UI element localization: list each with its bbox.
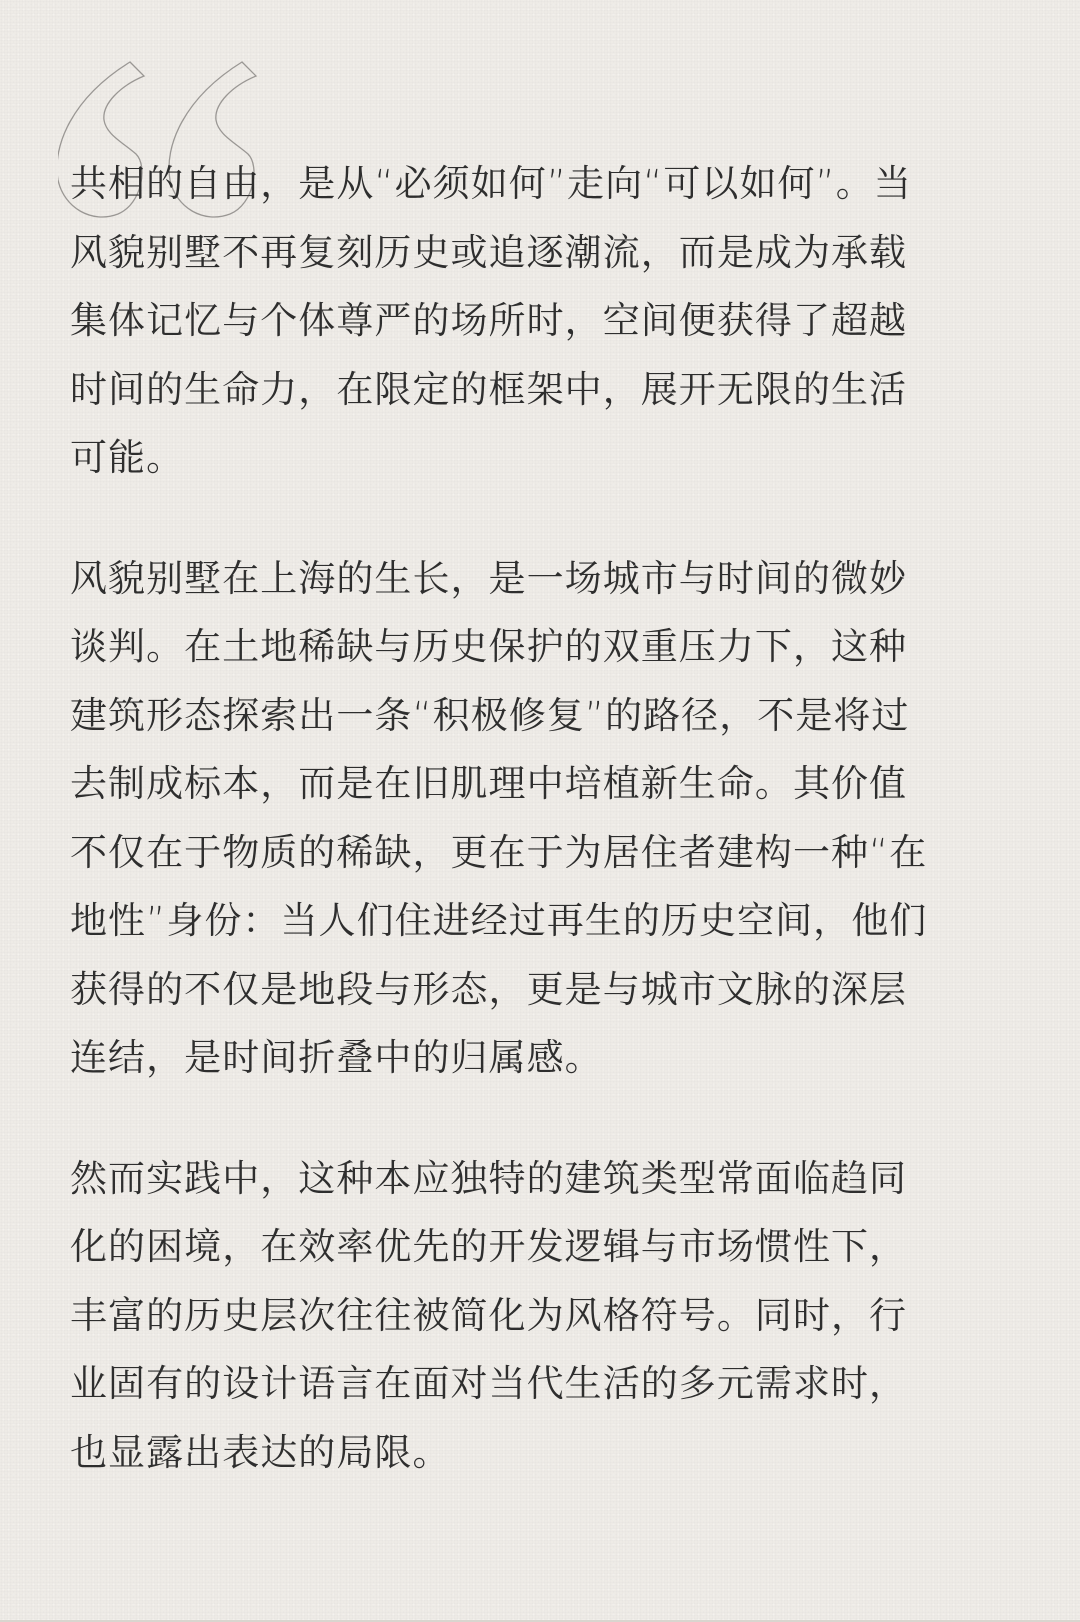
text-line: 共相的自由，是从“必须如何”走向“可以如何”。当 bbox=[70, 150, 980, 219]
article-body: 共相的自由，是从“必须如何”走向“可以如何”。当 风貌别墅不再复刻历史或追逐潮流… bbox=[70, 150, 980, 1487]
text-line: 获得的不仅是地段与形态，更是与城市文脉的深层 bbox=[70, 956, 980, 1025]
text-line: 化的困境，在效率优先的开发逻辑与市场惯性下， bbox=[70, 1213, 980, 1282]
paragraph-3: 然而实践中，这种本应独特的建筑类型常面临趋同 化的困境，在效率优先的开发逻辑与市… bbox=[70, 1145, 980, 1488]
text-line: 风貌别墅不再复刻历史或追逐潮流，而是成为承载 bbox=[70, 219, 980, 288]
text-line: 业固有的设计语言在面对当代生活的多元需求时， bbox=[70, 1350, 980, 1419]
paragraph-1: 共相的自由，是从“必须如何”走向“可以如何”。当 风貌别墅不再复刻历史或追逐潮流… bbox=[70, 150, 980, 493]
text-line: 去制成标本，而是在旧肌理中培植新生命。其价值 bbox=[70, 750, 980, 819]
text-line: 集体记忆与个体尊严的场所时，空间便获得了超越 bbox=[70, 287, 980, 356]
text-line: 连结，是时间折叠中的归属感。 bbox=[70, 1024, 980, 1093]
text-line: 然而实践中，这种本应独特的建筑类型常面临趋同 bbox=[70, 1145, 980, 1214]
text-line: 也显露出表达的局限。 bbox=[70, 1419, 980, 1488]
text-line: 地性”身份：当人们住进经过再生的历史空间，他们 bbox=[70, 887, 980, 956]
article-page: 共相的自由，是从“必须如何”走向“可以如何”。当 风貌别墅不再复刻历史或追逐潮流… bbox=[0, 0, 1080, 1622]
text-line: 风貌别墅在上海的生长，是一场城市与时间的微妙 bbox=[70, 545, 980, 614]
text-line: 建筑形态探索出一条“积极修复”的路径，不是将过 bbox=[70, 682, 980, 751]
text-line: 可能。 bbox=[70, 424, 980, 493]
text-line: 时间的生命力，在限定的框架中，展开无限的生活 bbox=[70, 356, 980, 425]
text-line: 谈判。在土地稀缺与历史保护的双重压力下，这种 bbox=[70, 613, 980, 682]
paragraph-2: 风貌别墅在上海的生长，是一场城市与时间的微妙 谈判。在土地稀缺与历史保护的双重压… bbox=[70, 545, 980, 1093]
text-line: 不仅在于物质的稀缺，更在于为居住者建构一种“在 bbox=[70, 819, 980, 888]
text-line: 丰富的历史层次往往被简化为风格符号。同时，行 bbox=[70, 1282, 980, 1351]
